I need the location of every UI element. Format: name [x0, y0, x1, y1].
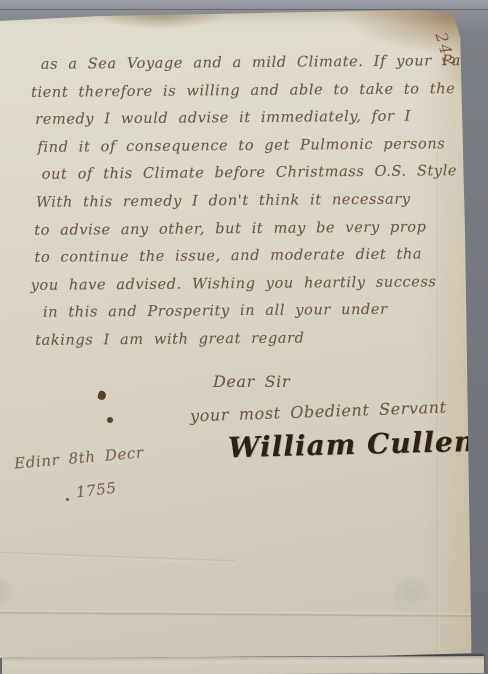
letter-line: as a Sea Voyage and a mild Climate. If y…	[41, 48, 455, 79]
letter-line: find it of consequence to get Pulmonic p…	[37, 131, 455, 162]
letter-line: With this remedy I don't think it necess…	[36, 186, 456, 217]
scanner-bed-seam	[0, 9, 488, 10]
ink-blot	[107, 417, 113, 423]
letter-line: remedy I would advise it immediately, fo…	[35, 103, 455, 134]
date-year: 1755	[75, 479, 117, 502]
ink-blot	[97, 390, 108, 401]
letter-line: out of this Climate before Christmass O.…	[42, 159, 456, 190]
seal-residue-mark	[393, 576, 431, 614]
letter-line: tient therefore is willing and able to t…	[31, 76, 455, 107]
scanned-letter-page: 242 as a Sea Voyage and a mild Climate. …	[0, 0, 488, 674]
letter-paper: 242 as a Sea Voyage and a mild Climate. …	[0, 0, 488, 674]
diagonal-crease	[0, 552, 235, 563]
letter-line: in this and Prosperity in all your under	[43, 297, 457, 328]
letter-line: you have advised. Wishing you heartily s…	[31, 269, 457, 300]
underlying-page-edge	[2, 656, 484, 674]
letter-body: as a Sea Voyage and a mild Climate. If y…	[35, 48, 458, 355]
ink-blot	[66, 498, 69, 501]
letter-line: to advise any other, but it may be very …	[34, 214, 456, 245]
signature-william-cullen: William Cullen	[228, 425, 476, 464]
letter-line: takings I am with great regard	[35, 324, 457, 355]
letter-line: to continue the issue, and moderate diet…	[34, 241, 456, 272]
horizontal-fold-crease	[0, 610, 472, 617]
salutation: Dear Sir	[213, 372, 290, 391]
place-date-line: Edinr 8th Decr	[13, 443, 144, 472]
valediction: your most Obedient Servant	[190, 398, 447, 426]
seal-residue-mark-left	[0, 578, 14, 608]
